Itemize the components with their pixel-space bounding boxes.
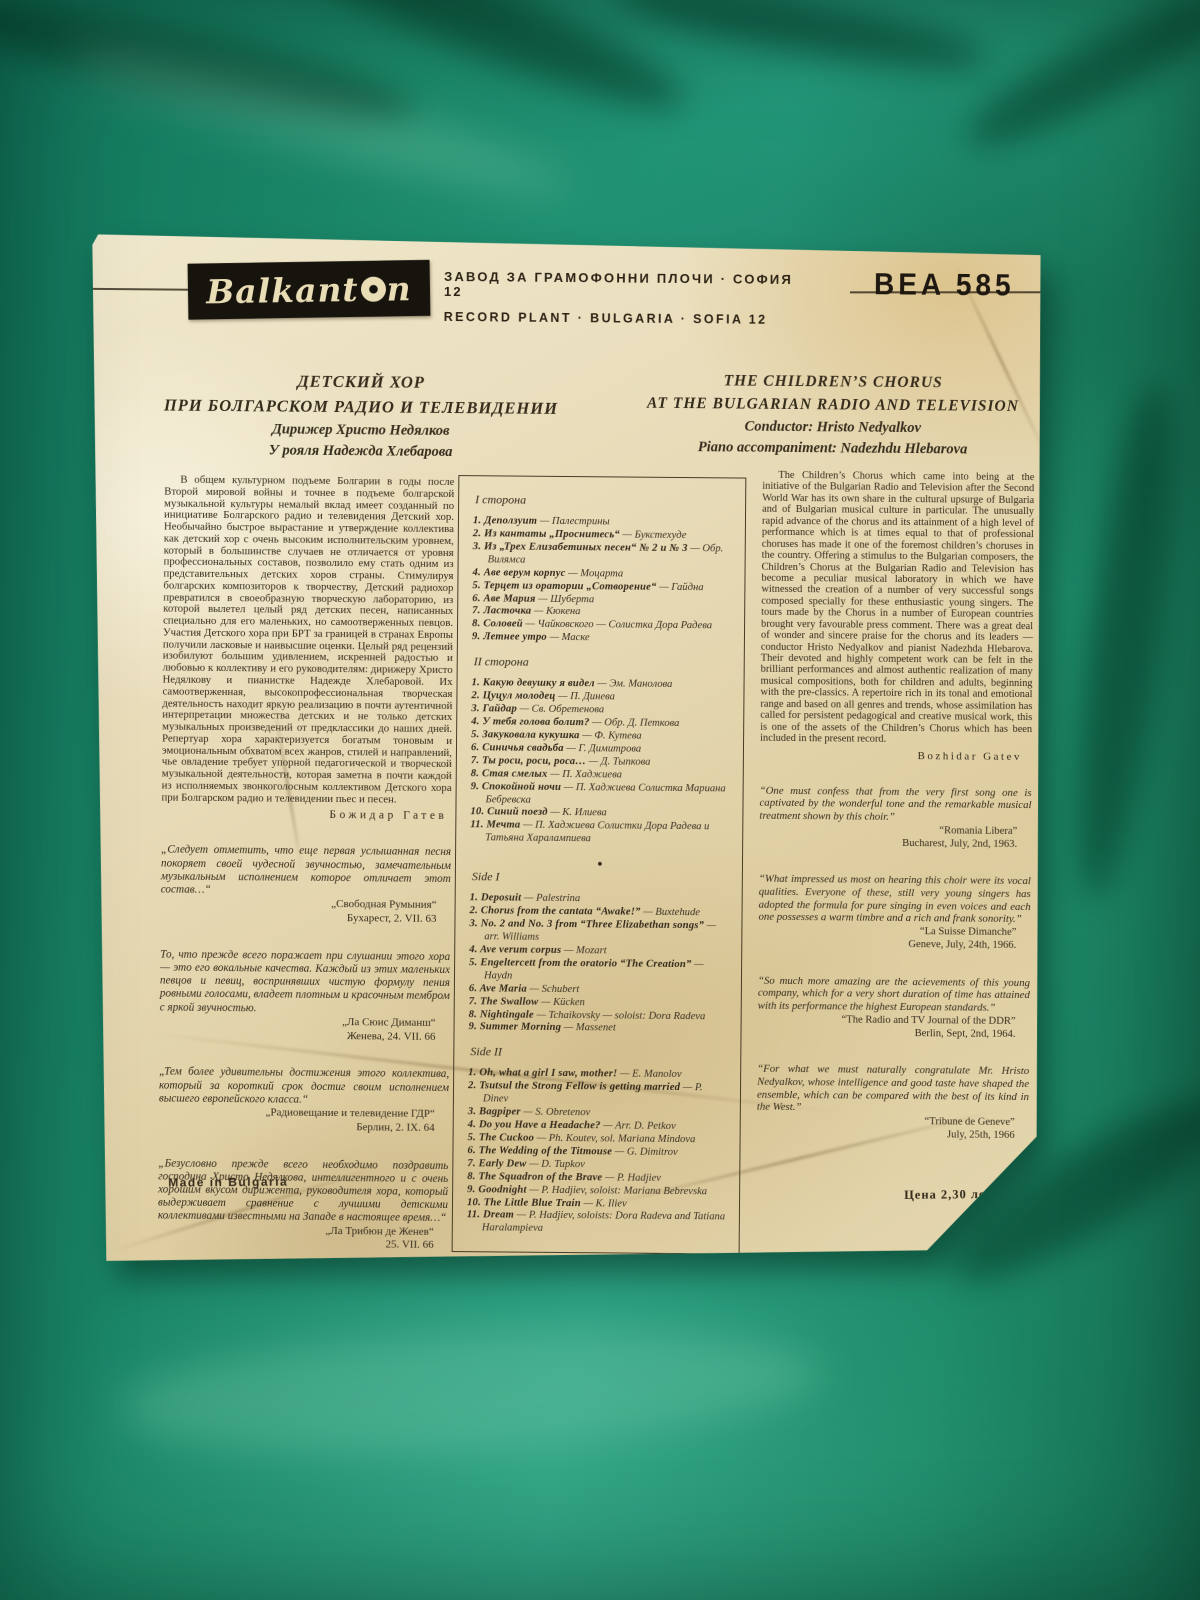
press-quote: То, что прежде всего поражает при слушан… xyxy=(159,948,450,1044)
quote-date: Bucharest, July, 2nd, 1963. xyxy=(759,836,1031,852)
press-quote: „Следует отметить, что еще первая услыша… xyxy=(160,844,451,927)
side2-english-tracks: 1. Oh, what a girl I saw, mother! — E. M… xyxy=(467,1068,728,1238)
quote-date: Berlin, Sept, 2nd, 1964. xyxy=(757,1026,1029,1042)
side1-english-heading: Side I xyxy=(472,869,730,886)
press-quote: “For what we must naturally congratulate… xyxy=(757,1063,1030,1143)
record-plant-lines: ЗАВОД ЗА ГРАМОФОННИ ПЛОЧИ · СОФИЯ 12 REC… xyxy=(444,269,804,327)
cloth-fold xyxy=(608,0,991,85)
title-line: AT THE BULGARIAN RADIO AND TELEVISION xyxy=(631,392,1035,419)
title-block-english: THE CHILDREN’S CHORUS AT THE BULGARIAN R… xyxy=(631,369,1036,461)
record-sleeve-back: Balkantn ЗАВОД ЗА ГРАМОФОННИ ПЛОЧИ · СОФ… xyxy=(83,222,1044,1272)
title-line: THE CHILDREN’S CHORUS xyxy=(631,369,1035,396)
quote-text: “For what we must naturally congratulate… xyxy=(757,1063,1029,1116)
liner-notes-english: The Children’s Chorus which came into be… xyxy=(757,470,1035,1143)
essay-text-english: The Children’s Chorus which came into be… xyxy=(760,470,1034,747)
track-item: 5. Engeltercett from the oratorio “The C… xyxy=(469,957,729,985)
record-disc-icon xyxy=(360,276,385,301)
quote-text: “What impressed us most on hearing this … xyxy=(758,873,1030,926)
side1-bulgarian-tracks: 1. Деползуит — Палестрины2. Из кантаты „… xyxy=(472,515,733,646)
press-quote: “One must confess that from the very fir… xyxy=(759,784,1032,851)
side2-bulgarian-tracks: 1. Какую девушку я видел — Эм. Манолова2… xyxy=(470,677,731,847)
essay-text-bulgarian: В общем культурном подъеме Болгарии в го… xyxy=(161,475,454,807)
title-line: ДЕТСКИЙ ХОР xyxy=(149,368,573,396)
cloth-highlight xyxy=(117,1312,822,1468)
sleeve-wrap: Balkantn ЗАВОД ЗА ГРАМОФОННИ ПЛОЧИ · СОФ… xyxy=(83,222,1044,1272)
side2-bulgarian-heading: II сторона xyxy=(474,654,732,671)
quote-date: Бухарест, 2. VII. 63 xyxy=(160,911,450,927)
logo-text-post: n xyxy=(386,272,412,305)
track-item: 9. Летнее утро — Маске xyxy=(472,631,732,646)
side1-english-tracks: 1. Deposuit — Palestrina2. Chorus from t… xyxy=(468,892,729,1036)
quote-text: „Тем более удивительны достижения этого … xyxy=(159,1066,449,1108)
balkanton-logo-text: Balkantn xyxy=(206,272,412,308)
title-line: ПРИ БОЛГАРСКОМ РАДИО И ТЕЛЕВИДЕНИИ xyxy=(149,393,573,421)
pianist-line: У рояля Надежда Хлебарова xyxy=(148,439,572,464)
quote-text: „Следует отметить, что еще первая услыша… xyxy=(161,844,451,899)
press-quote: “So much more amazing are the acievement… xyxy=(757,974,1030,1041)
balkanton-logo: Balkantn xyxy=(188,260,431,320)
author-signature-english: Bozhidar Gatev xyxy=(760,748,1032,762)
made-in-bulgaria-label: Made in Bulgaria xyxy=(168,1175,288,1190)
quote-text: “So much more amazing are the acievement… xyxy=(758,974,1030,1015)
track-item: 11. Dream — P. Hadjiev, soloists: Dora R… xyxy=(467,1210,727,1238)
pianist-line: Piano accompaniment: Nadezhdu Hlebarova xyxy=(631,436,1035,461)
track-item: 11. Мечта — П. Хаджиева Солистки Дора Ра… xyxy=(470,820,730,848)
quote-text: „Безусловно прежде всего необходимо позд… xyxy=(158,1157,449,1226)
press-quote: „Безусловно прежде всего необходимо позд… xyxy=(158,1157,449,1253)
quote-date: Берлин, 2. IX. 64 xyxy=(159,1119,449,1135)
side1-bulgarian-heading: I сторона xyxy=(475,492,733,509)
press-quote: „Тем более удивительны достижения этого … xyxy=(159,1066,450,1136)
track-item: 3. Из „Трех Елизабетиных песен“ № 2 и № … xyxy=(473,541,733,569)
cloth-fold xyxy=(953,0,1200,167)
quote-text: “One must confess that from the very fir… xyxy=(759,784,1031,825)
quote-date: July, 25th, 1966 xyxy=(757,1127,1029,1143)
divider-dot: ● xyxy=(470,857,730,869)
press-quote: “What impressed us most on hearing this … xyxy=(758,873,1031,953)
track-item: 3. No. 2 and No. 3 from “Three Elizabeth… xyxy=(469,918,729,946)
quote-text: То, что прежде всего поражает при слушан… xyxy=(160,948,451,1017)
title-block-bulgarian: ДЕТСКИЙ ХОР ПРИ БОЛГАРСКОМ РАДИО И ТЕЛЕВ… xyxy=(148,368,573,463)
author-signature-bulgarian: Божидар Гатев xyxy=(161,808,451,823)
header-rule-left xyxy=(92,288,194,291)
catalog-number: BEA 585 xyxy=(874,267,1015,303)
side2-english-heading: Side II xyxy=(470,1045,728,1062)
tracklist-box: I сторона 1. Деползуит — Палестрины2. Из… xyxy=(452,475,747,1255)
logo-text-pre: Balkant xyxy=(206,272,359,307)
price-label: Цена 2,30 лева xyxy=(904,1187,1001,1203)
track-item: 9. Спокойной ночи — П. Хаджиева Солистка… xyxy=(470,781,730,809)
quote-date: 25. VII. 66 xyxy=(158,1237,448,1253)
plant-line-bulgarian: ЗАВОД ЗА ГРАМОФОННИ ПЛОЧИ · СОФИЯ 12 xyxy=(444,269,804,302)
quote-date: Женева, 24. VII. 66 xyxy=(159,1028,449,1044)
plant-line-english: RECORD PLANT · BULGARIA · SOFIA 12 xyxy=(444,310,804,327)
cloth-fold xyxy=(1059,378,1192,903)
liner-notes-bulgarian: В общем культурном подъеме Болгарии в го… xyxy=(158,475,455,1254)
photo-background: Balkantn ЗАВОД ЗА ГРАМОФОННИ ПЛОЧИ · СОФ… xyxy=(0,0,1200,1600)
track-item: 9. Summer Morning — Massenet xyxy=(468,1022,728,1037)
track-item: 2. Tsutsul the Strong Fellow is getting … xyxy=(468,1080,728,1108)
quote-date: Geneve, July, 24th, 1966. xyxy=(758,937,1030,953)
